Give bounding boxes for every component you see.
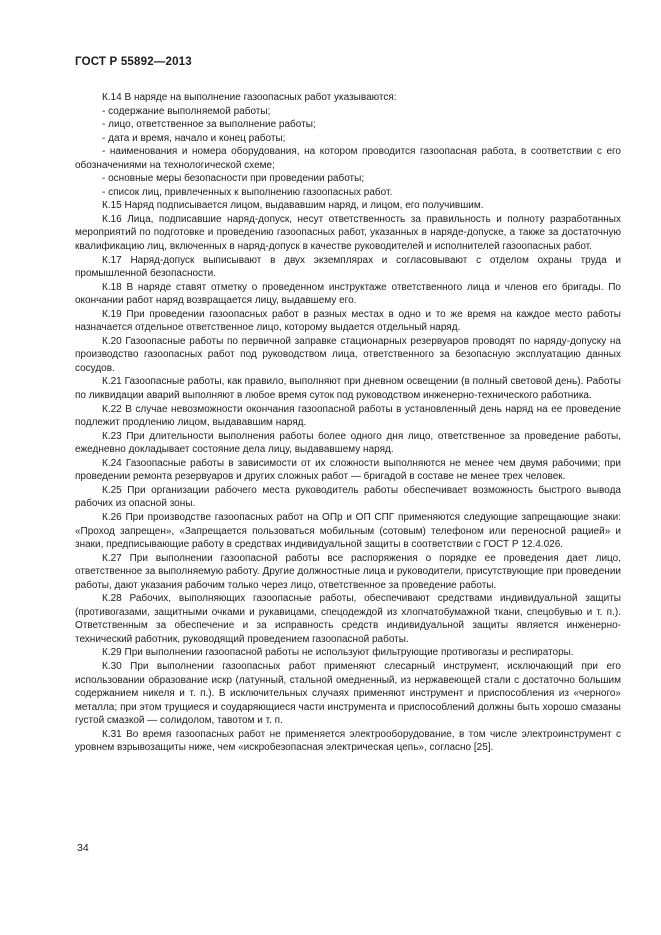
- clause-k14: К.14 В наряде на выполнение газоопасных …: [75, 91, 621, 105]
- document-page: ГОСТ Р 55892—2013 К.14 В наряде на выпол…: [0, 0, 661, 935]
- page-number: 34: [77, 842, 89, 854]
- clause-k19: К.19 При проведении газоопасных работ в …: [75, 308, 621, 335]
- list-item-person: - лицо, ответственное за выполнение рабо…: [75, 118, 621, 132]
- document-body: К.14 В наряде на выполнение газоопасных …: [75, 91, 621, 755]
- clause-k22: К.22 В случае невозможности окончания га…: [75, 403, 621, 430]
- clause-k23: К.23 При длительности выполнения работы …: [75, 430, 621, 457]
- clause-k26: К.26 При производстве газоопасных работ …: [75, 511, 621, 552]
- clause-k30: К.30 При выполнении газоопасных работ пр…: [75, 660, 621, 728]
- clause-k15: К.15 Наряд подписывается лицом, выдававш…: [75, 199, 621, 213]
- list-item-equipment: - наименования и номера оборудования, на…: [75, 145, 621, 172]
- clause-k21: К.21 Газоопасные работы, как правило, вы…: [75, 375, 621, 402]
- clause-k29: К.29 При выполнении газоопасной работы н…: [75, 646, 621, 660]
- clause-k24: К.24 Газоопасные работы в зависимости от…: [75, 457, 621, 484]
- list-item-datetime: - дата и время, начало и конец работы;: [75, 132, 621, 146]
- clause-k25: К.25 При организации рабочего места руко…: [75, 484, 621, 511]
- list-item-safety: - основные меры безопасности при проведе…: [75, 172, 621, 186]
- clause-k31: К.31 Во время газоопасных работ не приме…: [75, 728, 621, 755]
- clause-k28: К.28 Рабочих, выполняющих газоопасные ра…: [75, 592, 621, 646]
- clause-k17: К.17 Наряд-допуск выписывают в двух экзе…: [75, 254, 621, 281]
- clause-k20: К.20 Газоопасные работы по первичной зап…: [75, 335, 621, 376]
- list-item-workers: - список лиц, привлеченных к выполнению …: [75, 186, 621, 200]
- list-item-content: - содержание выполняемой работы;: [75, 105, 621, 119]
- clause-k27: К.27 При выполнении газоопасной работы в…: [75, 552, 621, 593]
- document-header: ГОСТ Р 55892—2013: [75, 56, 192, 68]
- clause-k18: К.18 В наряде ставят отметку о проведенн…: [75, 281, 621, 308]
- clause-k16: К.16 Лица, подписавшие наряд-допуск, нес…: [75, 213, 621, 254]
